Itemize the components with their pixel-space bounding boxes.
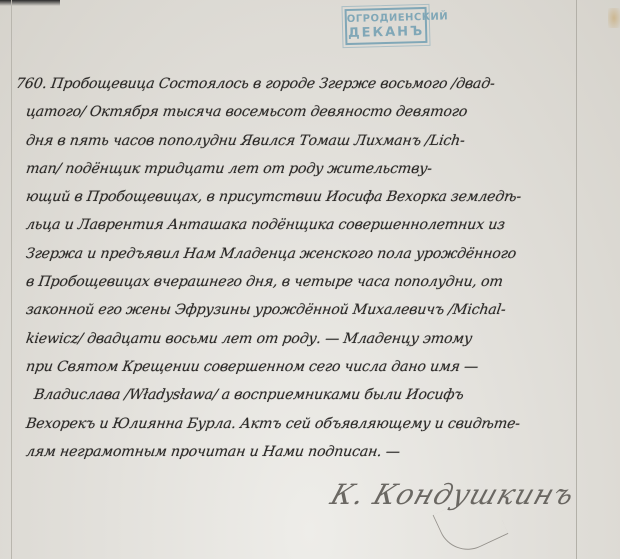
left-margin-rule: [11, 0, 12, 559]
record-line-6: льца и Лаврентия Анташака подёнщика сове…: [14, 211, 583, 239]
scan-edge-shadow: [0, 0, 60, 6]
record-line-5: ющий в Пробощевицах, в присутствии Иосиф…: [14, 183, 583, 211]
record-line-1: 760. Пробощевица Состоялось в городе Зге…: [14, 70, 583, 98]
record-text: 760. Пробощевица Состоялось в городе Зге…: [14, 70, 579, 466]
record-line-3: дня в пять часов пополудни Явился Томаш …: [14, 127, 583, 155]
document-scan: ОГРОДИЕНСКИЙ ДЕКАНЪ 760. Пробощевица Сос…: [0, 0, 620, 559]
record-line-7: Згержа и предъявил Нам Младенца женского…: [14, 240, 583, 268]
record-line-9: законной его жены Эфрузины урождённой Ми…: [14, 296, 583, 324]
deanery-stamp: ОГРОДИЕНСКИЙ ДЕКАНЪ: [345, 7, 428, 45]
paper-stain: [608, 8, 620, 28]
record-line-13: Вехорекъ и Юлиянна Бурла. Актъ сей объяв…: [14, 410, 583, 438]
stamp-line-2: ДЕКАНЪ: [347, 25, 425, 41]
record-line-12: Владислава /Władysława/ а восприемниками…: [14, 381, 583, 409]
record-line-11: при Святом Крещении совершенном сего чис…: [14, 353, 583, 381]
record-line-14: лям неграмотным прочитан и Нами подписан…: [14, 438, 583, 466]
record-line-4: man/ подёнщик тридцати лет от роду жител…: [14, 155, 583, 183]
record-line-8: в Пробощевицах вчерашнего дня, в четыре …: [14, 268, 583, 296]
record-line-10: kiewicz/ двадцати восьми лет от роду. — …: [14, 325, 583, 353]
record-line-2: цатого/ Октября тысяча восемьсот девянос…: [14, 98, 583, 126]
